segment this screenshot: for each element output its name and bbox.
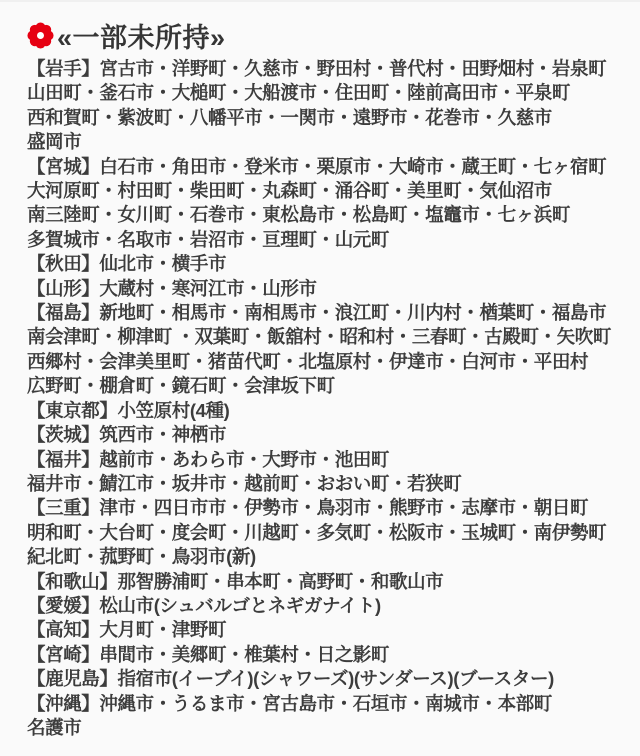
municipality-line: 多賀城市・名取市・岩沼市・亘理町・山元町: [27, 228, 630, 252]
municipality-line: 福井市・鯖江市・坂井市・越前町・おおい町・若狭町: [27, 472, 630, 496]
municipality-line: 西郷村・会津美里町・猪苗代町・北塩原村・伊達市・白河市・平田村: [27, 350, 630, 374]
municipality-line: 【高知】大月町・津野町: [27, 618, 630, 642]
municipality-list: 【岩手】宮古市・洋野町・久慈市・野田村・普代村・田野畑村・岩泉町山田町・釜石市・…: [27, 57, 630, 740]
municipality-line: 【三重】津市・四日市市・伊勢市・鳥羽市・熊野市・志摩市・朝日町: [27, 496, 630, 520]
municipality-line: 南三陸町・女川町・石巻市・東松島市・松島町・塩竈市・七ヶ浜町: [27, 203, 630, 227]
municipality-line: 広野町・棚倉町・鏡石町・会津坂下町: [27, 374, 630, 398]
municipality-line: 【鹿児島】指宿市(イーブイ)(シャワーズ)(サンダース)(ブースター): [27, 667, 630, 691]
post-body: «一部未所持» 【岩手】宮古市・洋野町・久慈市・野田村・普代村・田野畑村・岩泉町…: [0, 0, 640, 756]
municipality-line: 【秋田】仙北市・横手市: [27, 252, 630, 276]
title-text: «一部未所持»: [57, 16, 226, 55]
municipality-line: 【和歌山】那智勝浦町・串本町・高野町・和歌山市: [27, 570, 630, 594]
municipality-line: 山田町・釜石市・大槌町・大船渡市・住田町・陸前高田市・平泉町: [27, 81, 630, 105]
municipality-line: 【福島】新地町・相馬市・南相馬市・浪江町・川内村・楢葉町・福島市: [27, 301, 630, 325]
page-title: «一部未所持»: [27, 18, 630, 52]
municipality-line: 【福井】越前市・あわら市・大野市・池田町: [27, 448, 630, 472]
municipality-line: 【東京都】小笠原村(4種): [27, 399, 630, 423]
municipality-line: 【沖縄】沖縄市・うるま市・宮古島市・石垣市・南城市・本部町: [27, 692, 630, 716]
municipality-line: 【岩手】宮古市・洋野町・久慈市・野田村・普代村・田野畑村・岩泉町: [27, 57, 630, 81]
municipality-line: 盛岡市: [27, 130, 630, 154]
municipality-line: 【愛媛】松山市(シュバルゴとネギガナイト): [27, 594, 630, 618]
flower-rosette-icon: [27, 22, 54, 49]
municipality-line: 【山形】大蔵村・寒河江市・山形市: [27, 277, 630, 301]
municipality-line: 【宮崎】串間市・美郷町・椎葉村・日之影町: [27, 643, 630, 667]
municipality-line: 大河原町・村田町・柴田町・丸森町・涌谷町・美里町・気仙沼市: [27, 179, 630, 203]
municipality-line: 西和賀町・紫波町・八幡平市・一関市・遠野市・花巻市・久慈市: [27, 106, 630, 130]
municipality-line: 【茨城】筑西市・神栖市: [27, 423, 630, 447]
municipality-line: 紀北町・菰野町・鳥羽市(新): [27, 545, 630, 569]
municipality-line: 【宮城】白石市・角田市・登米市・栗原市・大崎市・蔵王町・七ヶ宿町: [27, 155, 630, 179]
municipality-line: 明和町・大台町・度会町・川越町・多気町・松阪市・玉城町・南伊勢町: [27, 521, 630, 545]
municipality-line: 名護市: [27, 716, 630, 740]
municipality-line: 南会津町・柳津町 ・双葉町・飯舘村・昭和村・三春町・古殿町・矢吹町: [27, 325, 630, 349]
